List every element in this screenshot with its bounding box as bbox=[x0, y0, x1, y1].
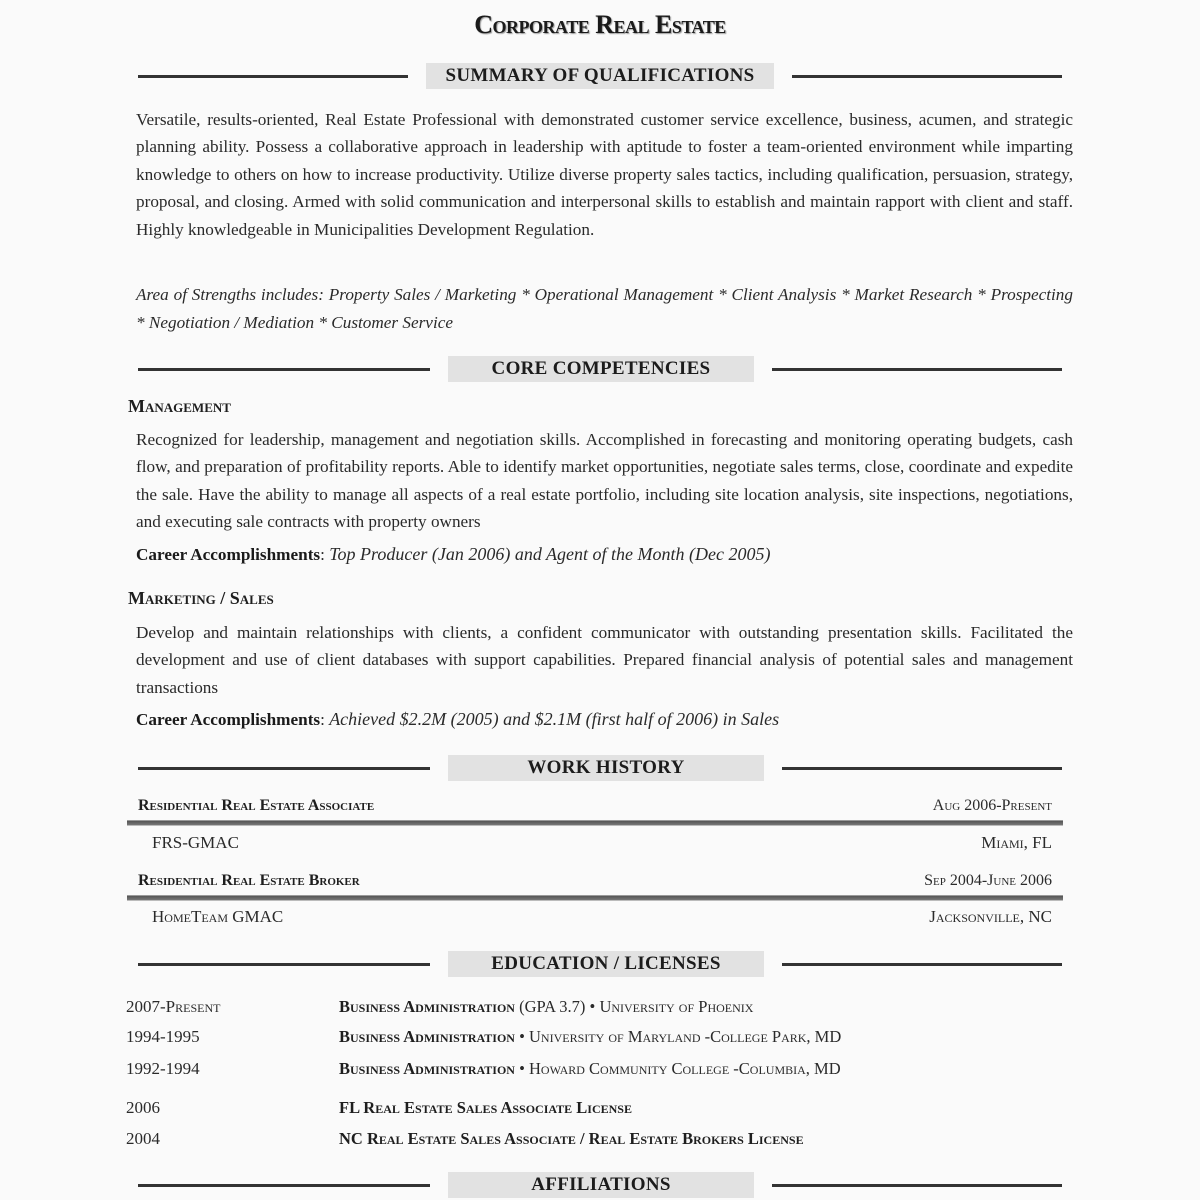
resume-page: Corporate Real Estate SUMMARY OF QUALIFI… bbox=[0, 0, 1200, 1200]
job-location: Miami, FL bbox=[981, 833, 1052, 853]
section-header-core: CORE COMPETENCIES bbox=[138, 356, 1062, 382]
job-location: Jacksonville, NC bbox=[929, 907, 1052, 927]
education-detail: • University of Maryland -College Park, … bbox=[515, 1027, 841, 1046]
license-entry: FL Real Estate Sales Associate License bbox=[339, 1098, 632, 1118]
education-year: 2007-Present bbox=[126, 997, 220, 1017]
section-title-summary: SUMMARY OF QUALIFICATIONS bbox=[426, 63, 774, 89]
accomplishments-label: Career Accomplishments bbox=[136, 710, 320, 729]
license-name: FL Real Estate Sales Associate License bbox=[339, 1098, 632, 1117]
section-header-affiliations: AFFILIATIONS bbox=[138, 1172, 1062, 1198]
divider-left bbox=[138, 368, 430, 371]
license-name: NC Real Estate Sales Associate / Real Es… bbox=[339, 1129, 804, 1148]
divider-left bbox=[138, 75, 408, 78]
education-degree: Business Administration bbox=[339, 997, 515, 1016]
job-dates: Sep 2004-June 2006 bbox=[924, 872, 1052, 890]
section-title-education: EDUCATION / LICENSES bbox=[448, 951, 764, 977]
subheading-management: Management bbox=[128, 396, 231, 417]
document-title: Corporate Real Estate bbox=[0, 10, 1200, 40]
job-divider bbox=[127, 895, 1063, 901]
license-entry: NC Real Estate Sales Associate / Real Es… bbox=[339, 1129, 804, 1149]
section-title-core: CORE COMPETENCIES bbox=[448, 356, 754, 382]
divider-right bbox=[792, 75, 1062, 78]
section-title-affiliations: AFFILIATIONS bbox=[448, 1172, 754, 1198]
education-entry: Business Administration • University of … bbox=[339, 1027, 841, 1047]
education-degree: Business Administration bbox=[339, 1059, 515, 1078]
marketing-paragraph: Develop and maintain relationships with … bbox=[136, 619, 1073, 701]
job-company: FRS-GMAC bbox=[152, 833, 239, 853]
management-accomplishments: Career Accomplishments: Top Producer (Ja… bbox=[136, 544, 770, 565]
education-year: 1992-1994 bbox=[126, 1059, 200, 1079]
divider-left bbox=[138, 1184, 430, 1187]
divider-right bbox=[782, 767, 1062, 770]
education-detail: (GPA 3.7) • University of Phoenix bbox=[515, 997, 753, 1016]
education-degree: Business Administration bbox=[339, 1027, 515, 1046]
section-header-work: WORK HISTORY bbox=[138, 755, 1062, 781]
subheading-marketing: Marketing / Sales bbox=[128, 588, 274, 609]
license-year: 2004 bbox=[126, 1129, 160, 1149]
strengths-paragraph: Area of Strengths includes: Property Sal… bbox=[136, 281, 1073, 337]
management-paragraph: Recognized for leadership, management an… bbox=[136, 426, 1073, 536]
divider-right bbox=[772, 1184, 1062, 1187]
job-divider bbox=[127, 820, 1063, 826]
section-title-work: WORK HISTORY bbox=[448, 755, 764, 781]
job-dates: Aug 2006-Present bbox=[933, 797, 1052, 815]
license-year: 2006 bbox=[126, 1098, 160, 1118]
marketing-accomplishments: Career Accomplishments: Achieved $2.2M (… bbox=[136, 709, 779, 730]
divider-right bbox=[772, 368, 1062, 371]
section-header-summary: SUMMARY OF QUALIFICATIONS bbox=[138, 63, 1062, 89]
education-detail: • Howard Community College -Columbia, MD bbox=[515, 1059, 841, 1078]
job-title: Residential Real Estate Associate bbox=[138, 797, 374, 815]
divider-left bbox=[138, 963, 430, 966]
education-year: 1994-1995 bbox=[126, 1027, 200, 1047]
divider-right bbox=[782, 963, 1062, 966]
section-header-education: EDUCATION / LICENSES bbox=[138, 951, 1062, 977]
job-title: Residential Real Estate Broker bbox=[138, 872, 360, 890]
education-entry: Business Administration (GPA 3.7) • Univ… bbox=[339, 997, 753, 1017]
education-entry: Business Administration • Howard Communi… bbox=[339, 1059, 841, 1079]
summary-paragraph: Versatile, results-oriented, Real Estate… bbox=[136, 106, 1073, 243]
divider-left bbox=[138, 767, 430, 770]
accomplishments-text: Top Producer (Jan 2006) and Agent of the… bbox=[329, 544, 770, 564]
job-company: HomeTeam GMAC bbox=[152, 907, 283, 927]
accomplishments-label: Career Accomplishments bbox=[136, 545, 320, 564]
accomplishments-text: Achieved $2.2M (2005) and $2.1M (first h… bbox=[329, 709, 779, 729]
